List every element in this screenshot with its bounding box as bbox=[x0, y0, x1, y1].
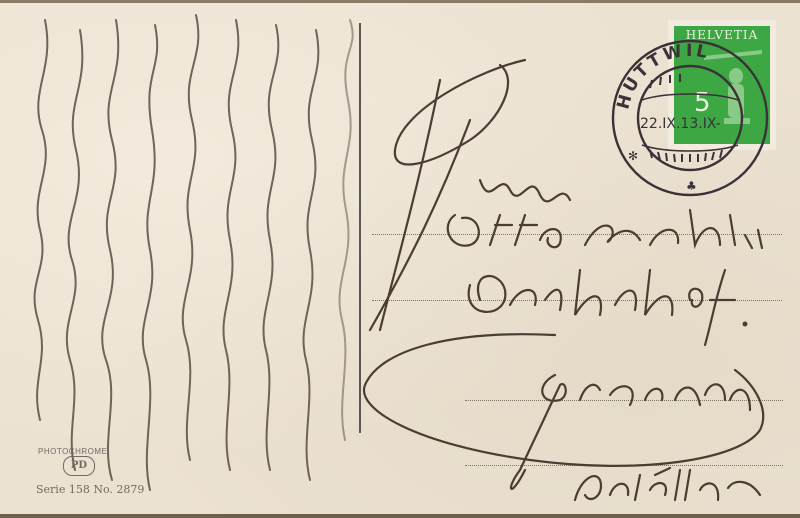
card-edge-bottom bbox=[0, 514, 800, 518]
postmark-cancellation: HUTTWIL 22.IX.13.IX- ✻ ♣ bbox=[0, 0, 800, 518]
svg-text:♣: ♣ bbox=[686, 179, 697, 193]
postmark-town: HUTTWIL bbox=[613, 41, 711, 112]
postcard: HELVETIA 5 HU bbox=[0, 0, 800, 518]
publisher-logo-icon: PD bbox=[63, 456, 95, 476]
svg-text:✻: ✻ bbox=[628, 149, 638, 163]
postmark-date: 22.IX.13.IX- bbox=[640, 116, 721, 132]
publisher-brand: PHOTOCHROME bbox=[38, 447, 107, 456]
series-number: Serie 158 No. 2879 bbox=[36, 483, 144, 496]
